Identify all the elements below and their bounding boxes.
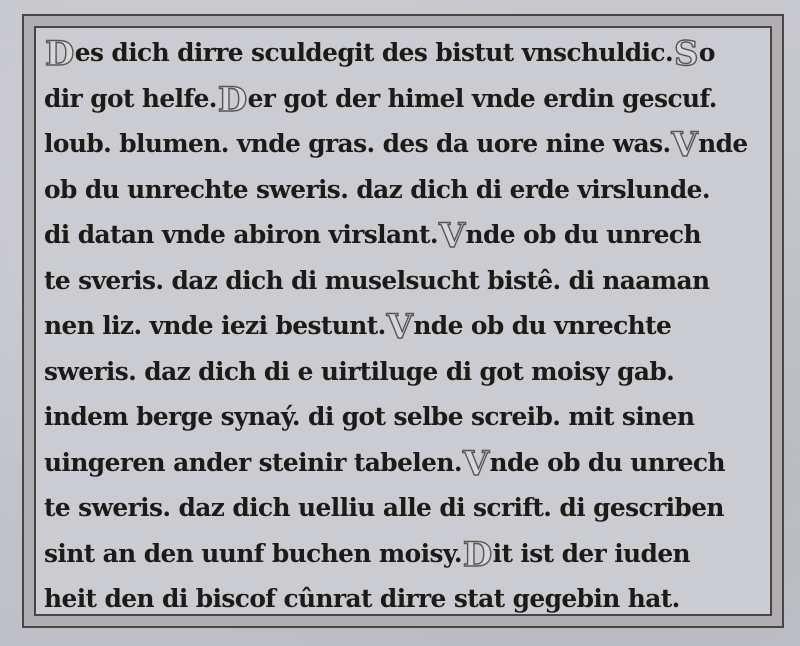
text-line-2: dir got helfe.Der got der himel vnde erd… bbox=[44, 76, 766, 122]
line-text: nde ob du unrech bbox=[466, 220, 701, 249]
decorated-initial-v: V bbox=[387, 310, 413, 344]
text-line-5: di datan vnde abiron virslant.Vnde ob du… bbox=[44, 212, 766, 258]
line-text: sint an den uunf buchen moisy. bbox=[44, 539, 462, 568]
line-text: it ist der iuden bbox=[493, 539, 690, 568]
line-text: ob du unrechte sweris. daz dich di erde … bbox=[44, 175, 710, 204]
decorated-initial-v: V bbox=[463, 447, 489, 481]
text-line-4: ob du unrechte sweris. daz dich di erde … bbox=[44, 167, 766, 213]
text-line-7: nen liz. vnde iezi bestunt.Vnde ob du vn… bbox=[44, 303, 766, 349]
line-text: di datan vnde abiron virslant. bbox=[44, 220, 438, 249]
decorated-initial-s: S bbox=[674, 37, 698, 71]
text-line-11: te sweris. daz dich uelliu alle di scrif… bbox=[44, 485, 766, 531]
line-text: nde ob du unrech bbox=[490, 448, 725, 477]
line-text: dir got helfe. bbox=[44, 84, 217, 113]
decorated-initial-d: D bbox=[463, 538, 492, 572]
line-text: er got der himel vnde erdin gescuf. bbox=[248, 84, 717, 113]
line-text: heit den di biscof cûnrat dirre stat geg… bbox=[44, 584, 680, 613]
line-text: te sveris. daz dich di muselsucht bistê.… bbox=[44, 266, 709, 295]
text-line-8: sweris. daz dich di e uirtiluge di got m… bbox=[44, 349, 766, 395]
line-text: es dich dirre sculdegit des bistut vnsch… bbox=[75, 38, 673, 67]
text-line-9: indem berge synaý. di got selbe screib. … bbox=[44, 394, 766, 440]
line-text: sweris. daz dich di e uirtiluge di got m… bbox=[44, 357, 674, 386]
text-line-12: sint an den uunf buchen moisy.Dit ist de… bbox=[44, 531, 766, 577]
text-line-1: Des dich dirre sculdegit des bistut vnsc… bbox=[44, 30, 766, 76]
decorated-initial-v: V bbox=[672, 128, 698, 162]
manuscript-text-block: Des dich dirre sculdegit des bistut vnsc… bbox=[44, 30, 770, 622]
text-line-3: loub. blumen. vnde gras. des da uore nin… bbox=[44, 121, 766, 167]
text-line-6: te sveris. daz dich di muselsucht bistê.… bbox=[44, 258, 766, 304]
decorated-initial-d: D bbox=[218, 83, 247, 117]
line-text: te sweris. daz dich uelliu alle di scrif… bbox=[44, 493, 724, 522]
line-text: nde ob du vnrechte bbox=[413, 311, 671, 340]
decorated-initial-v: V bbox=[439, 219, 465, 253]
decorated-initial-d: D bbox=[45, 37, 74, 71]
line-text: loub. blumen. vnde gras. des da uore nin… bbox=[44, 129, 671, 158]
line-text: indem berge synaý. di got selbe screib. … bbox=[44, 402, 694, 431]
text-line-13: heit den di biscof cûnrat dirre stat geg… bbox=[44, 576, 766, 622]
line-text: nde bbox=[698, 129, 747, 158]
text-line-10: uingeren ander steinir tabelen.Vnde ob d… bbox=[44, 440, 766, 486]
line-text: nen liz. vnde iezi bestunt. bbox=[44, 311, 386, 340]
line-text: o bbox=[699, 38, 715, 67]
line-text: uingeren ander steinir tabelen. bbox=[44, 448, 462, 477]
